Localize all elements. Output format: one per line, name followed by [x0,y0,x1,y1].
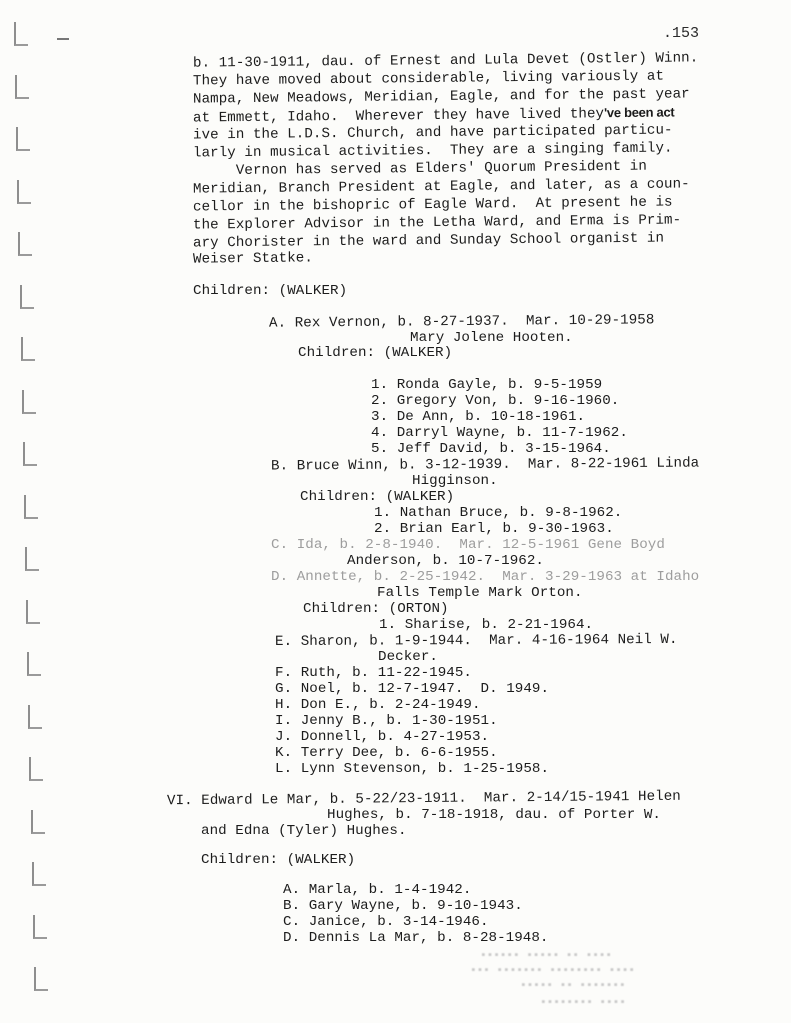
child-entry: K. Terry Dee, b. 6-6-1955. [275,745,498,761]
binder-comb-mark [31,810,45,834]
grandchildren-heading: Children: (ORTON) [303,601,449,617]
grandchildren-heading: Children: (WALKER) [300,489,454,505]
binder-comb-mark [22,390,36,414]
child-entry-continuation: Anderson, b. 10-7-1962. [347,553,544,569]
handwritten-overtype: 've been act [604,104,674,120]
binder-comb-mark [18,232,32,256]
section-vi-child: D. Dennis La Mar, b. 8-28-1948. [283,930,548,946]
grandchild-entry: 4. Darryl Wayne, b. 11-7-1962. [371,425,628,441]
child-entry: J. Donnell, b. 4-27-1953. [275,729,489,745]
section-vi-child: A. Marla, b. 1-4-1942. [283,882,471,898]
child-entry: G. Noel, b. 12-7-1947. D. 1949. [275,681,549,697]
binder-comb-mark [28,705,42,729]
section-vi-child: B. Gary Wayne, b. 9-10-1943. [283,898,523,914]
binder-comb-mark [23,442,37,466]
binder-comb-mark [33,915,47,939]
grandchild-entry: 1. Ronda Gayle, b. 9-5-1959 [371,377,602,393]
binder-comb-mark [27,652,41,676]
section-vi-continuation: and Edna (Tyler) Hughes. [201,823,407,839]
bleed-through-texture: ▪▪▪▪▪▪▪ ▪▪ ▪▪▪▪▪ [520,980,626,992]
child-entry: I. Jenny B., b. 1-30-1951. [275,713,498,729]
binder-comb-mark [15,75,29,99]
binder-comb-mark [14,22,28,46]
child-entry-continuation: Higginson. [412,473,498,489]
section-vi-continuation: Hughes, b. 7-18-1918, dau. of Porter W. [327,807,661,823]
child-entry-continuation: Mary Jolene Hooten. [410,330,573,346]
binder-comb-mark [25,547,39,571]
binder-comb-mark [24,495,38,519]
page-number: .153 [663,25,699,42]
intro-line: Weiser Statke. [193,250,313,267]
bleed-through-texture: ▪▪▪▪ ▪▪▪▪▪▪▪▪ [540,997,626,1009]
child-entry: C. Ida, b. 2-8-1940. Mar. 12-5-1961 Gene… [271,537,665,553]
grandchild-entry: 2. Gregory Von, b. 9-16-1960. [371,393,619,409]
child-entry: L. Lynn Stevenson, b. 1-25-1958. [275,761,549,777]
document-page: .153 b. 11-30-1911, dau. of Ernest and L… [0,0,791,1023]
child-entry: E. Sharon, b. 1-9-1944. Mar. 4-16-1964 N… [275,632,678,650]
binder-comb-mark [26,600,40,624]
bleed-through-texture: ▪▪▪▪ ▪▪▪▪▪▪▪▪ ▪▪▪▪▪▪▪ ▪▪▪ [470,965,635,977]
child-entry: B. Bruce Winn, b. 3-12-1939. Mar. 8-22-1… [271,456,699,475]
child-entry-continuation: Falls Temple Mark Orton. [377,585,583,601]
binder-comb-mark [20,285,34,309]
section-vi-children-heading: Children: (WALKER) [201,852,355,868]
child-entry: D. Annette, b. 2-25-1942. Mar. 3-29-1963… [271,569,699,585]
intro-line: They have moved about considerable, livi… [193,69,664,90]
grandchild-entry: 3. De Ann, b. 10-18-1961. [371,409,585,425]
binder-comb-mark [34,967,48,991]
binder-comb-mark [29,757,43,781]
intro-line: ary Chorister in the ward and Sunday Sch… [193,231,664,252]
child-entry: A. Rex Vernon, b. 8-27-1937. Mar. 10-29-… [269,312,654,331]
intro-line: Vernon has served as Elders' Quorum Pres… [193,159,647,180]
child-entry: F. Ruth, b. 11-22-1945. [275,665,472,681]
margin-dash-mark [57,38,69,40]
binder-comb-mark [17,180,31,204]
grandchild-entry: 1. Sharise, b. 2-21-1964. [379,617,593,633]
section-vi-child: C. Janice, b. 3-14-1946. [283,914,489,930]
grandchild-entry: 1. Nathan Bruce, b. 9-8-1962. [374,505,622,521]
bleed-through-texture: ▪▪▪▪ ▪▪ ▪▪▪▪▪ ▪▪▪▪▪▪ [480,950,612,962]
grandchild-entry: 5. Jeff David, b. 3-15-1964. [371,441,611,457]
children-heading: Children: (WALKER) [193,283,347,299]
binder-comb-mark [16,127,30,151]
child-entry: H. Don E., b. 2-24-1949. [275,697,481,713]
binder-comb-mark [21,337,35,361]
grandchildren-heading: Children: (WALKER) [298,345,452,361]
child-entry-continuation: Decker. [378,649,438,665]
binder-comb-mark [32,862,46,886]
grandchild-entry: 2. Brian Earl, b. 9-30-1963. [374,521,614,537]
